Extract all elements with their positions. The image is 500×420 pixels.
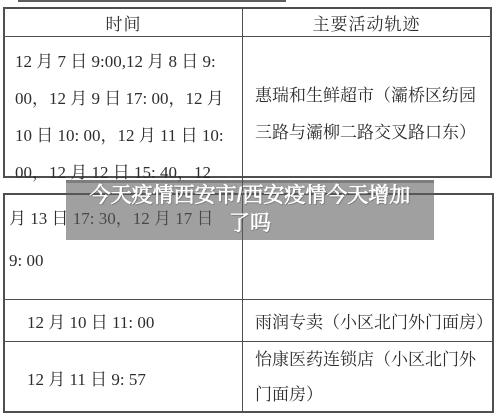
- time-entry-line: 9: 00: [9, 240, 242, 282]
- time-entry-line: 12 月 7 日 9:00,12 月 8 日 9:: [15, 43, 240, 80]
- headline-line: 了吗: [66, 210, 434, 238]
- location-cell: 雨润专卖（小区北门外门面房）: [243, 300, 492, 342]
- location-line: 惠瑞和生鲜超市（灞桥区纺园: [255, 77, 486, 114]
- activity-table-top: 时间 主要活动轨迹 12 月 7 日 9:00,12 月 8 日 9: 00，1…: [3, 7, 492, 178]
- time-entry-line: 12 月 10 日 11: 00: [27, 308, 154, 333]
- column-header-track: 主要活动轨迹: [243, 9, 490, 37]
- column-header-time: 时间: [5, 9, 243, 37]
- column-header-time-label: 时间: [106, 10, 142, 35]
- location-line: 雨润专卖（小区北门外门面房）: [255, 308, 492, 333]
- time-cell: 12 月 11 日 9: 57: [5, 342, 243, 412]
- location-line: 怡康医药连锁店（小区北门外: [255, 342, 492, 377]
- location-cell: 惠瑞和生鲜超市（灞桥区纺园 三路与灞柳二路交叉路口东）: [243, 37, 490, 191]
- location-line: 门面房）: [255, 377, 492, 412]
- location-cell: 怡康医药连锁店（小区北门外 门面房）: [243, 342, 492, 412]
- column-header-track-label: 主要活动轨迹: [313, 10, 421, 35]
- cropped-row-border-fragment: [18, 0, 286, 2]
- time-cell: 12 月 10 日 11: 00: [5, 300, 243, 342]
- time-cell: 12 月 7 日 9:00,12 月 8 日 9: 00，12 月 9 日 17…: [5, 37, 243, 191]
- time-entry-line: 00，12 月 9 日 17: 00，12 月: [15, 80, 240, 117]
- headline-overlay-banner: 今天疫情西安市/西安疫情今天增加 了吗: [66, 180, 434, 240]
- time-entry-line: 10 日 10: 00，12 月 11 日 10:: [15, 117, 240, 154]
- time-entry-line: 12 月 11 日 9: 57: [27, 365, 146, 390]
- location-line: 三路与灞柳二路交叉路口东）: [255, 114, 486, 151]
- headline-line: 今天疫情西安市/西安疫情今天增加: [66, 182, 434, 210]
